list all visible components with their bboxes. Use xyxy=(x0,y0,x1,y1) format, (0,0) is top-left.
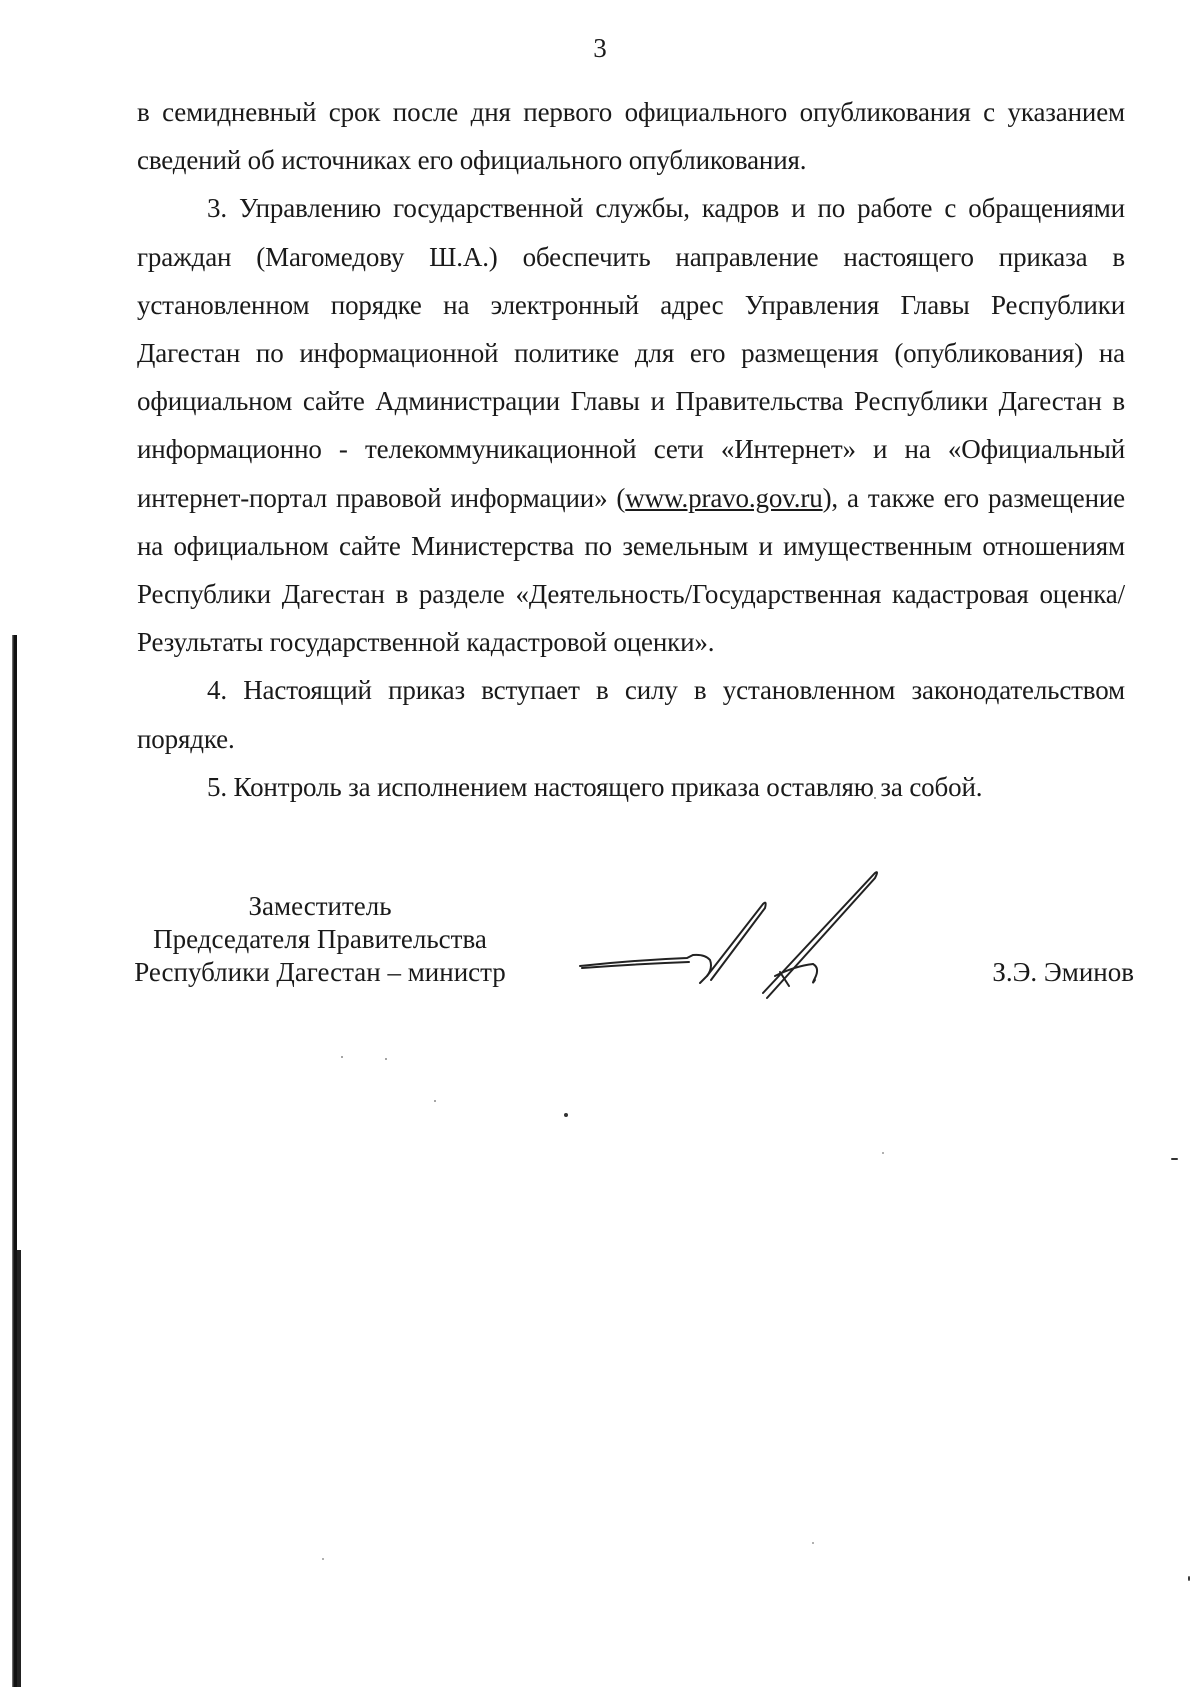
scan-speck xyxy=(1188,1576,1190,1581)
handwritten-signature-icon xyxy=(575,868,905,1018)
item-3-text-start: 3. Управлению государственной службы, ка… xyxy=(137,193,1125,512)
document-body: в семидневный срок после дня первого офи… xyxy=(137,88,1125,811)
paragraph-item-4: 4. Настоящий приказ вступает в силу в ус… xyxy=(137,666,1125,762)
scan-speck xyxy=(434,1100,436,1102)
scan-speck xyxy=(812,1542,814,1544)
page-number: 3 xyxy=(0,32,1200,64)
paragraph-continuation: в семидневный срок после дня первого офи… xyxy=(137,88,1125,184)
pravo-gov-link[interactable]: www.pravo.gov.ru xyxy=(625,483,822,513)
scan-speck xyxy=(341,1056,343,1058)
signatory-title-line-1: Заместитель xyxy=(120,890,520,923)
scan-speck xyxy=(874,797,876,799)
signatory-title-line-3: Республики Дагестан – министр xyxy=(120,956,520,989)
signatory-title-line-2: Председателя Правительства xyxy=(120,923,520,956)
signatory-name: З.Э. Эминов xyxy=(992,956,1134,989)
scan-margin-edge-inner xyxy=(17,1250,21,1687)
scan-speck xyxy=(564,1113,568,1117)
scan-speck xyxy=(1171,1158,1178,1160)
signature-block: Заместитель Председателя Правительства Р… xyxy=(120,890,1130,1030)
scan-speck xyxy=(385,1058,387,1060)
paragraph-item-5: 5. Контроль за исполнением настоящего пр… xyxy=(137,763,1125,811)
paragraph-item-3: 3. Управлению государственной службы, ка… xyxy=(137,184,1125,666)
scan-speck xyxy=(322,1558,324,1560)
scan-speck xyxy=(882,1152,884,1154)
signatory-title: Заместитель Председателя Правительства Р… xyxy=(120,890,520,989)
